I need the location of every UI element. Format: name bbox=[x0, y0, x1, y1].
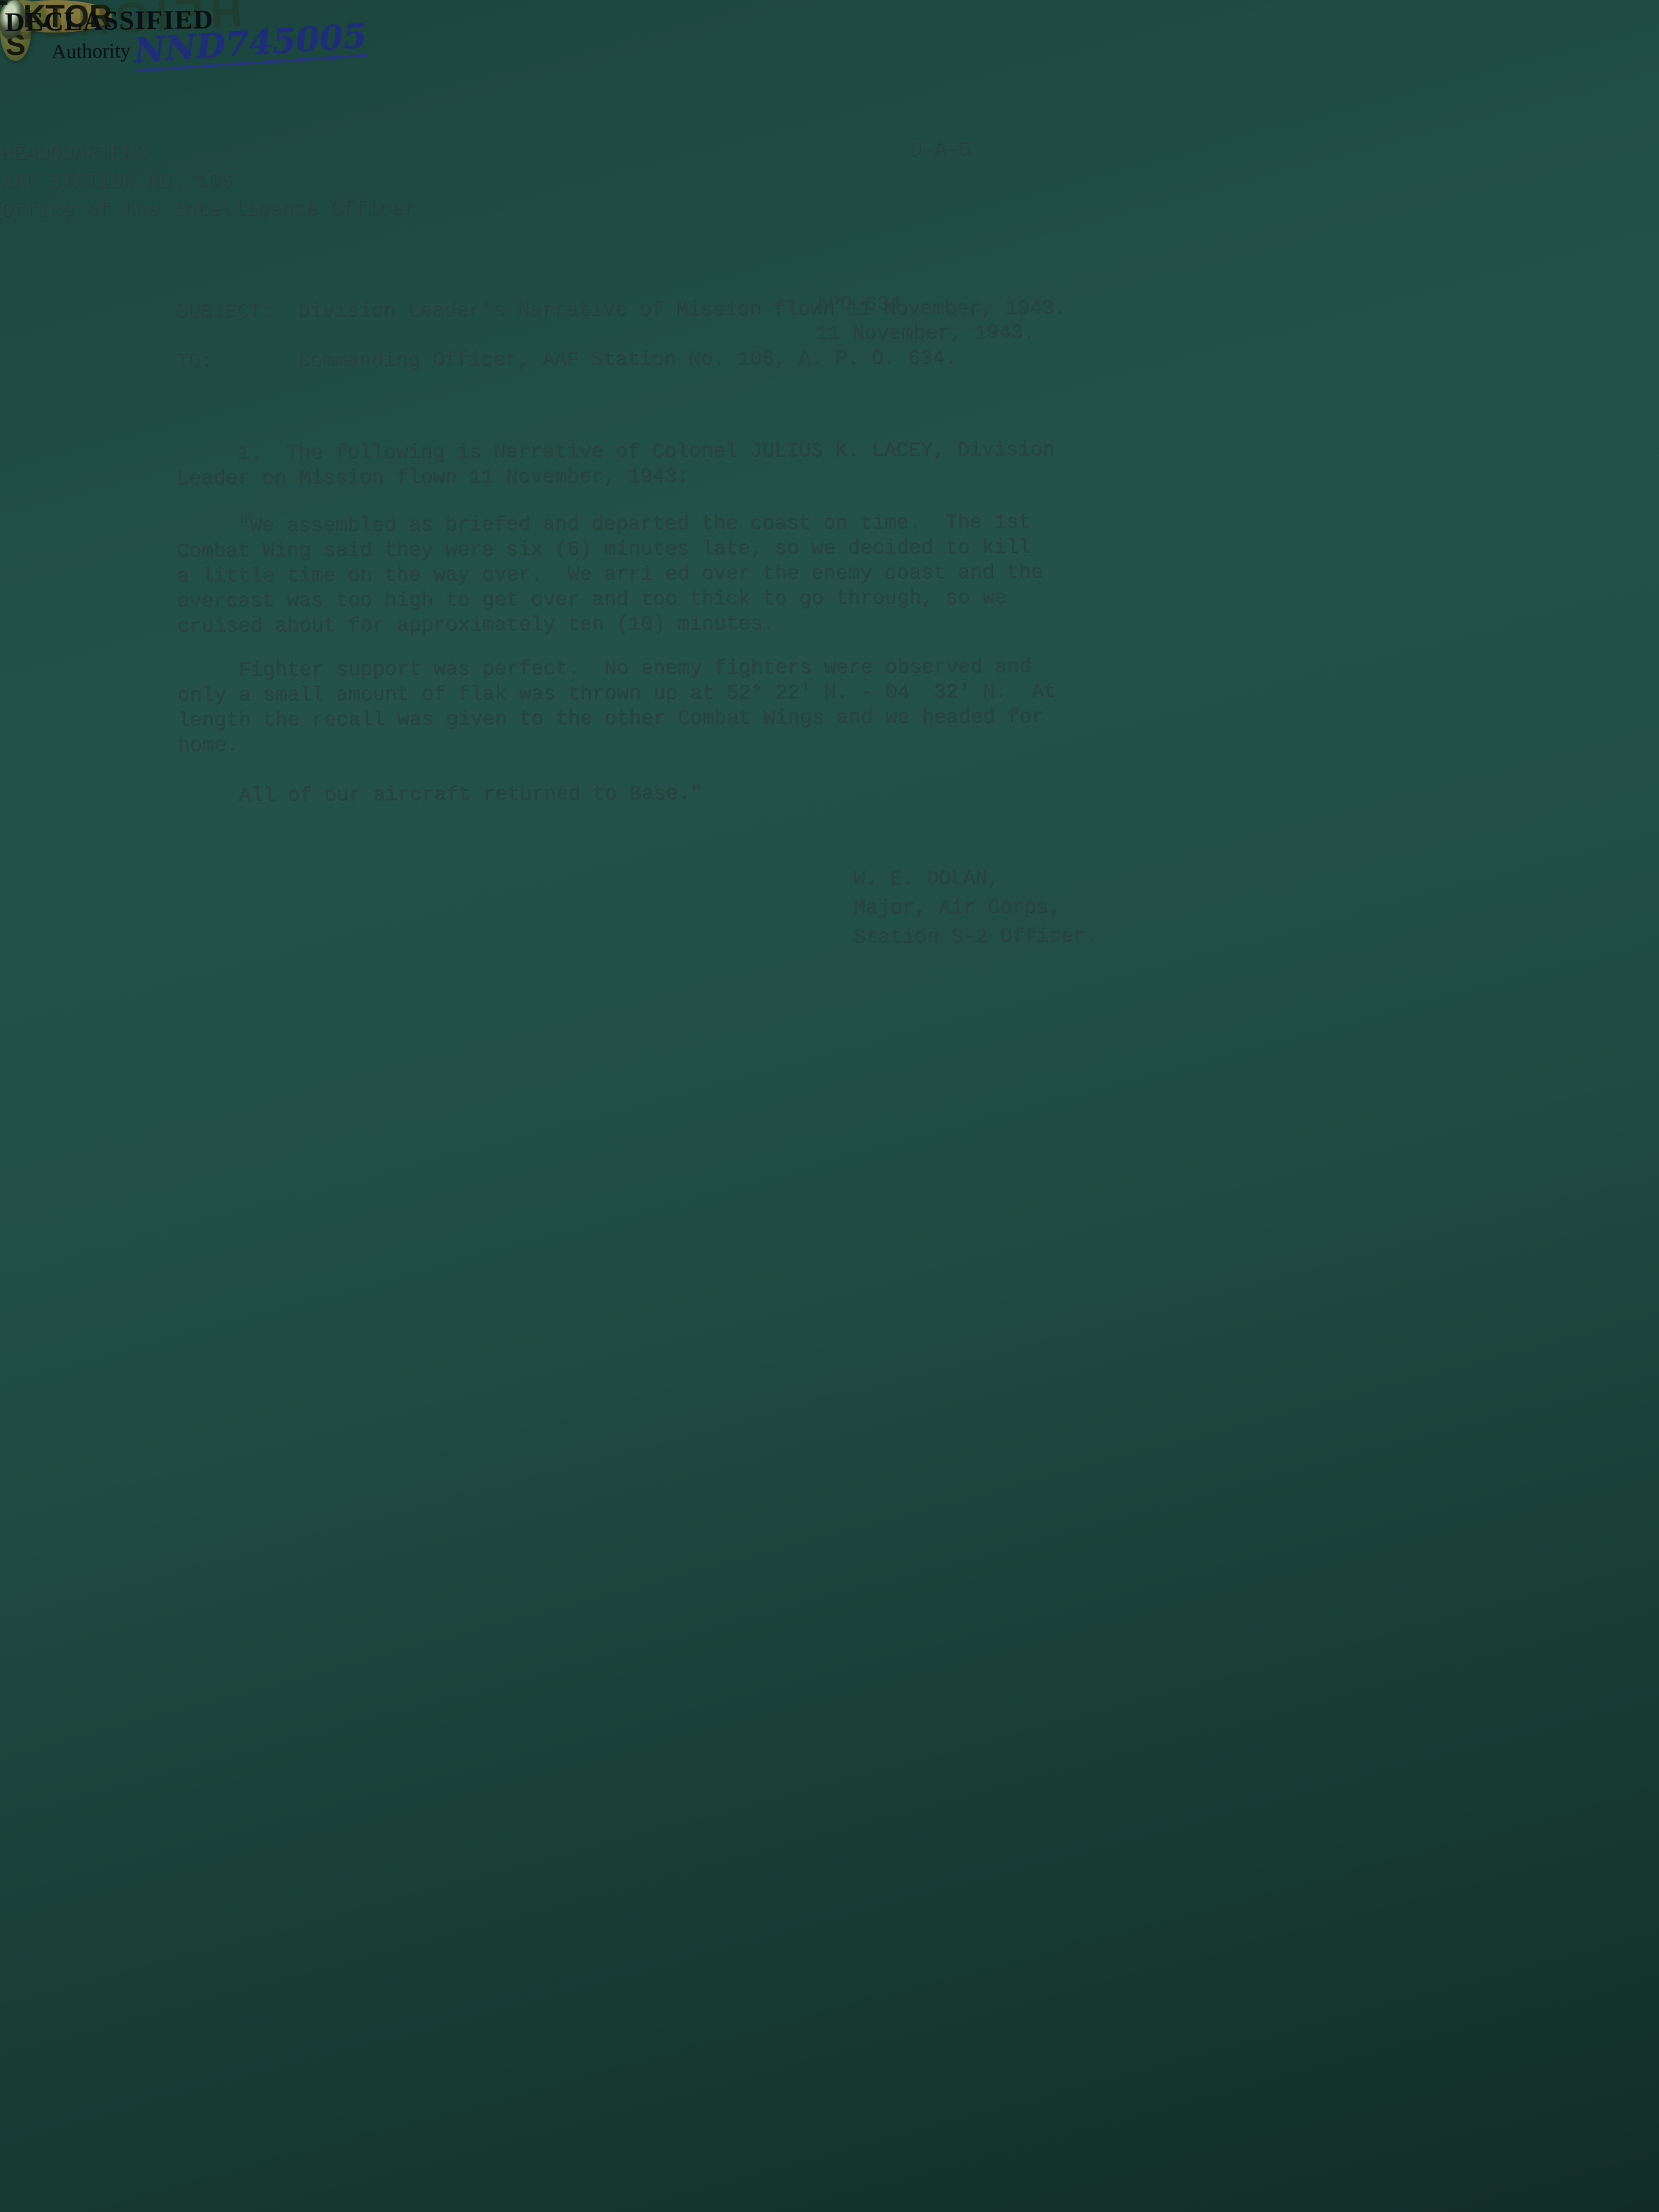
paragraph-4: All of our aircraft returned to Base." bbox=[178, 781, 702, 808]
letter-heading-line1: HEADQUARTERS bbox=[1, 142, 147, 167]
subject-label: SUBJECT: bbox=[176, 300, 273, 325]
paragraph-2: "We assembled as briefed and departed th… bbox=[176, 510, 1043, 640]
paragraph-1: 1. The following is Narrative of Colonel… bbox=[176, 438, 1055, 492]
letter-heading-line2: AAF STATION NO. 106 bbox=[1, 170, 232, 196]
to-label: TO: bbox=[176, 350, 212, 375]
declassified-authority-label: Authority bbox=[52, 39, 131, 64]
declassified-stamp: DECLASSIFIED Authority NND745005 bbox=[0, 0, 7, 5]
declassified-stamp-title: DECLASSIFIED bbox=[5, 6, 5, 38]
date-line: 11 November, 1943. bbox=[815, 321, 1035, 346]
subject-text: Division Leader's Narrative of Mission f… bbox=[298, 296, 1066, 325]
signature-block: W. E. DOLAN, Major, Air Corps, Station S… bbox=[853, 864, 1098, 953]
to-text: Commanding Officer, AAF Station No. 106,… bbox=[298, 346, 956, 374]
letter-heading-line3: Office of the Intelligence Officer bbox=[1, 197, 415, 224]
paragraph-3: Fighter support was perfect. No enemy fi… bbox=[177, 655, 1056, 759]
doc-code: D-A-5 bbox=[909, 138, 970, 163]
